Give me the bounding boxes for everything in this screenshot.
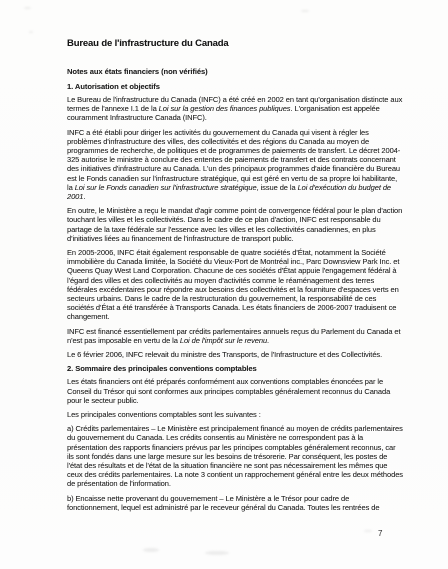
law-title-italic: Loi de l'impôt sur le revenu	[180, 336, 267, 345]
text-run: , issue de la	[257, 183, 298, 192]
paragraph: Les états financiers ont été préparés co…	[67, 377, 403, 405]
scan-smudge	[24, 7, 31, 9]
text-run: Les principales conventions comptables s…	[67, 410, 261, 419]
text-run: .	[83, 192, 85, 201]
text-run: .	[267, 336, 269, 345]
law-title-italic: Loi sur le Fonds canadien sur l'infrastr…	[75, 183, 257, 192]
document-body: 1. Autorisation et objectifsLe Bureau de…	[67, 82, 403, 512]
text-run: b) Encaisse nette provenant du gouvernem…	[67, 494, 379, 512]
paragraph: b) Encaisse nette provenant du gouvernem…	[67, 494, 403, 512]
notes-heading: Notes aux états financiers (non vérifiés…	[67, 67, 403, 76]
text-run: En outre, le Ministère a reçu le mandat …	[67, 206, 402, 243]
section-heading: 1. Autorisation et objectifs	[67, 82, 403, 91]
paragraph: Les principales conventions comptables s…	[67, 410, 403, 419]
paragraph: Le Bureau de l'infrastructure du Canada …	[67, 95, 403, 123]
paragraph: INFC a été établi pour diriger les activ…	[67, 128, 403, 202]
paragraph: En outre, le Ministère a reçu le mandat …	[67, 206, 403, 243]
page-number: 7	[378, 529, 382, 538]
scan-smudge	[205, 551, 229, 555]
paragraph: a) Crédits parlementaires – Le Ministère…	[67, 424, 403, 488]
paragraph: INFC est financé essentiellement par cré…	[67, 327, 403, 345]
text-run: 1. Autorisation et objectifs	[67, 82, 160, 91]
scanned-document-page: Bureau de l'infrastructure du Canada Not…	[0, 0, 448, 569]
text-run: En 2005-2006, INFC était également respo…	[67, 248, 399, 321]
text-run: a) Crédits parlementaires – Le Ministère…	[67, 424, 403, 488]
law-title-italic: Loi sur la gestion des finances publique…	[159, 104, 291, 113]
section-heading: 2. Sommaire des principales conventions …	[67, 364, 403, 373]
scan-smudge	[364, 530, 372, 532]
paragraph: En 2005-2006, INFC était également respo…	[67, 248, 403, 322]
text-run: 2. Sommaire des principales conventions …	[67, 364, 257, 373]
text-run: Les états financiers ont été préparés co…	[67, 377, 390, 404]
scan-smudge	[29, 31, 33, 33]
scan-smudge	[301, 10, 309, 12]
document-title: Bureau de l'infrastructure du Canada	[67, 38, 403, 49]
paragraph: Le 6 février 2006, INFC relevait du mini…	[67, 350, 403, 359]
document-content: Bureau de l'infrastructure du Canada Not…	[67, 38, 403, 517]
scan-smudge	[143, 548, 159, 552]
text-run: Le 6 février 2006, INFC relevait du mini…	[67, 350, 382, 359]
